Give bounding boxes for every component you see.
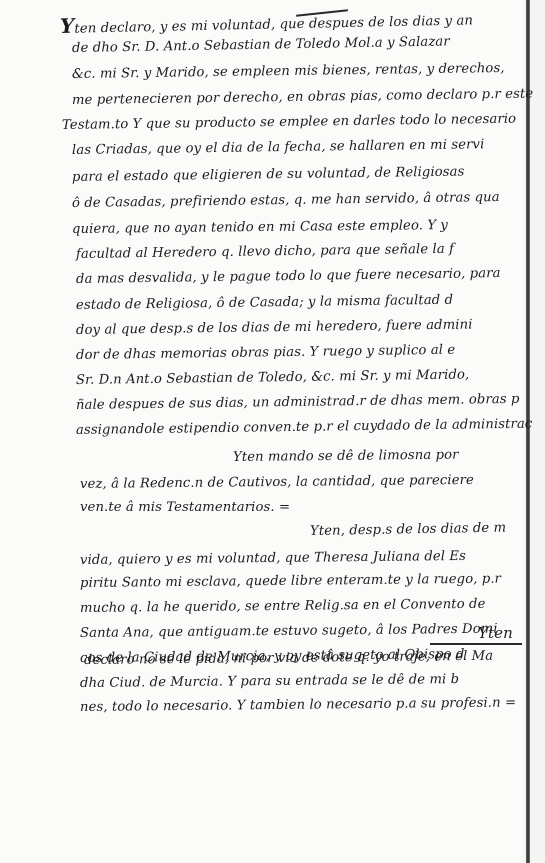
manuscript-line-28: nes, todo lo necesario. Y tambien lo nec…: [80, 695, 516, 715]
manuscript-line-16: ñale despues de sus dias, un administrad…: [76, 392, 520, 413]
manuscript-line-12: estado de Religiosa, ô de Casada; y la m…: [76, 293, 453, 313]
manuscript-line-30: declaro no se le pida, ni por via de dot…: [84, 649, 493, 668]
manuscript-line-25: Santa Ana, que antiguam.te estuvo sugeto…: [80, 622, 498, 641]
manuscript-line-1: Yten declaro, y es mi voluntad, que desp…: [60, 5, 473, 38]
manuscript-line-10: facultad al Heredero q. llevo dicho, par…: [76, 242, 454, 262]
manuscript-line-21: Yten, desp.s de los dias de m: [310, 521, 506, 539]
manuscript-line-27: dha Ciud. de Murcia. Y para su entrada s…: [80, 672, 459, 691]
manuscript-line-19: vez, â la Redenc.n de Cautivos, la canti…: [80, 473, 474, 492]
manuscript-line-14: dor de dhas memorias obras pias. Y ruego…: [76, 343, 455, 363]
manuscript-line-2: de dho Sr. D. Ant.o Sebastian de Toledo …: [72, 34, 450, 56]
manuscript-line-5: Testam.to Y que su producto se emplee en…: [62, 112, 516, 133]
manuscript-line-23: piritu Santo mi esclava, quede libre ent…: [80, 572, 501, 591]
manuscript-line-15: Sr. D.n Ant.o Sebastian de Toledo, &c. m…: [76, 368, 469, 388]
manuscript-line-24: mucho q. la he querido, se entre Relig.s…: [80, 597, 486, 616]
manuscript-line-6: las Criadas, que oy el dia de la fecha, …: [72, 137, 485, 158]
manuscript-page: Yten declaro, y es mi voluntad, que desp…: [0, 0, 545, 863]
line-text: ten declaro, y es mi voluntad, que despu…: [74, 13, 473, 36]
manuscript-line-7: para el estado que eligieren de su volun…: [72, 165, 465, 185]
manuscript-line-22: vida, quiero y es mi voluntad, que There…: [80, 549, 466, 568]
manuscript-line-9: quiera, que no ayan tenido en mi Casa es…: [72, 218, 448, 237]
manuscript-line-13: doy al que desp.s de los dias de mi here…: [76, 317, 473, 338]
manuscript-line-18: Yten mando se dê de limosna por: [233, 448, 459, 465]
decorative-initial: Y: [60, 14, 75, 38]
paragraph-rule: [430, 643, 522, 645]
manuscript-line-4: me pertenecieren por derecho, en obras p…: [72, 87, 533, 108]
manuscript-line-20: ven.te â mis Testamentarios. =: [80, 500, 290, 515]
manuscript-line-3: &c. mi Sr. y Marido, se empleen mis bien…: [72, 61, 505, 82]
manuscript-line-11: da mas desvalida, y le pague todo lo que…: [76, 266, 501, 287]
manuscript-line-17: assignandole estipendio conven.te p.r el…: [76, 417, 533, 438]
manuscript-line-29: Yten: [478, 624, 513, 642]
manuscript-line-8: ô de Casadas, prefiriendo estas, q. me h…: [72, 190, 500, 211]
